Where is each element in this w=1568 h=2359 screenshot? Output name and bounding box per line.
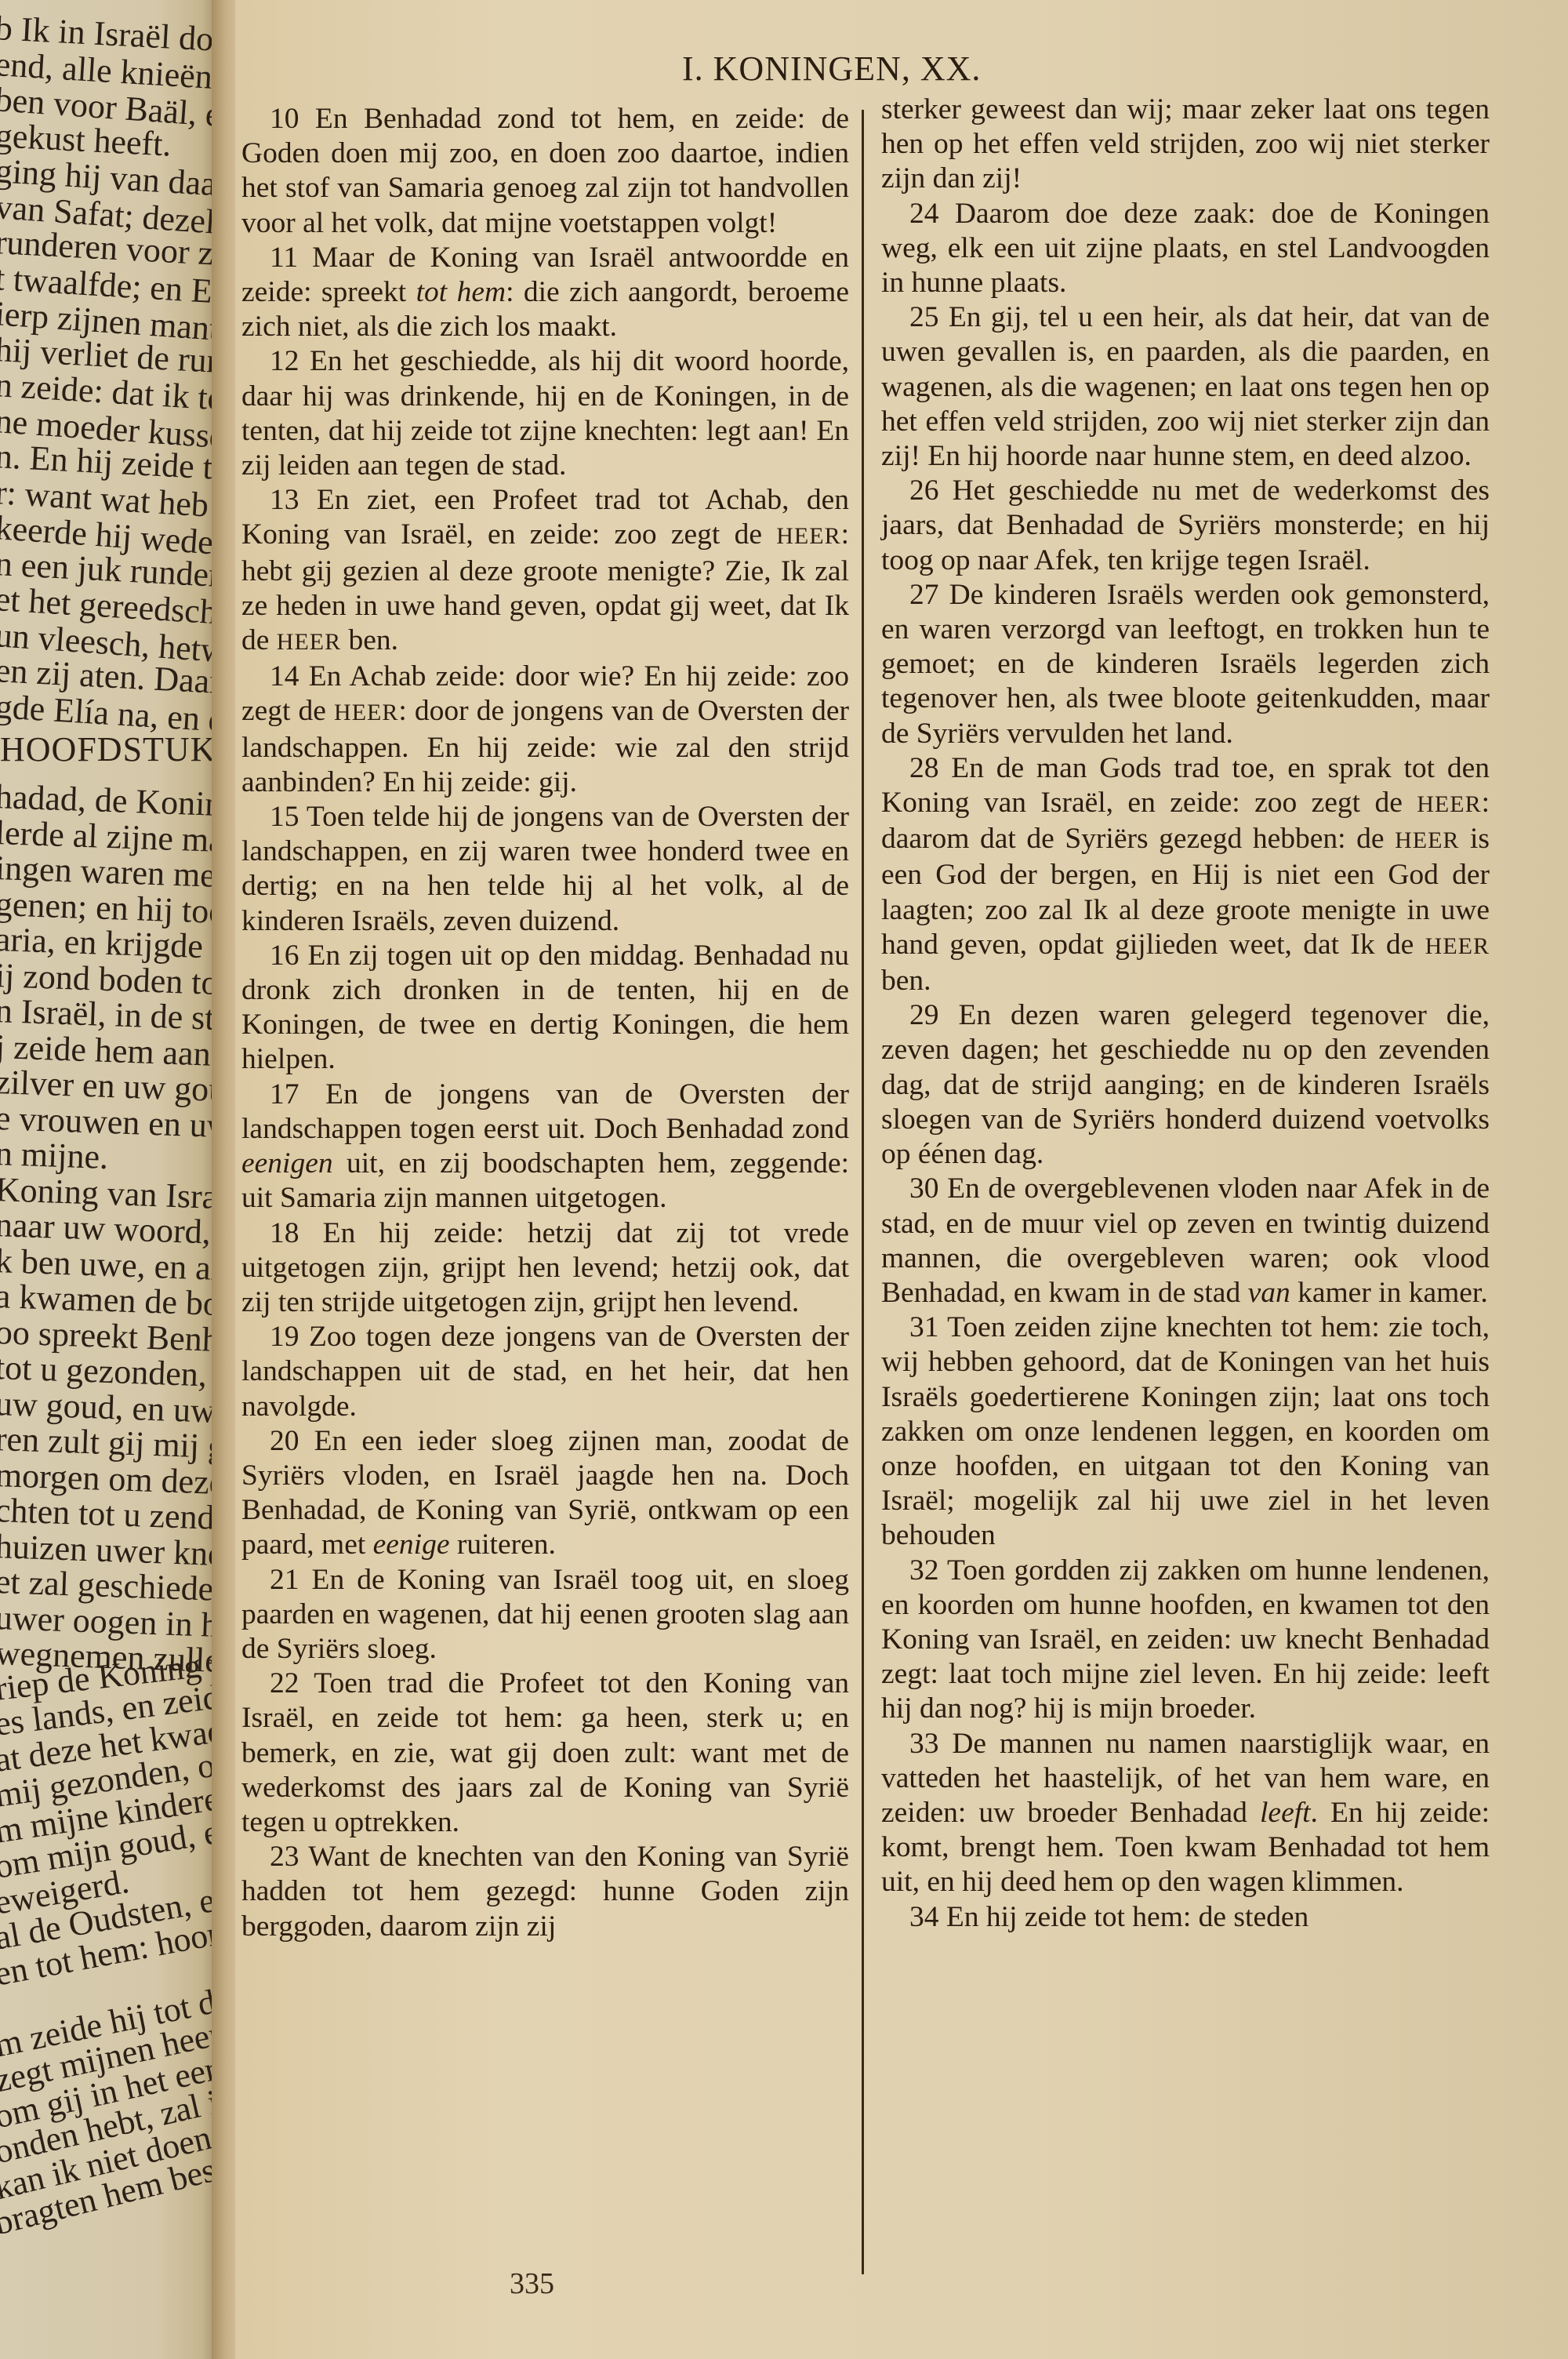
verse-10: 10 En Benhadad zond tot hem, en zeide: d… — [241, 102, 849, 241]
verse-20: 20 En een ieder sloeg zijnen man, zoodat… — [241, 1424, 849, 1563]
facing-chapter-heading: HOOFDSTUK XX. — [0, 729, 223, 769]
verse-28: 28 En de man Gods trad toe, en sprak tot… — [881, 751, 1490, 998]
verse-26: 26 Het geschiedde nu met de wederkomst d… — [881, 474, 1490, 578]
verse-32: 32 Toen gordden zij zakken om hunne lend… — [881, 1554, 1490, 1727]
verse-34: 34 En hij zeide tot hem: de steden — [881, 1900, 1490, 1935]
verse-11: 11 Maar de Koning van Israël antwoordde … — [241, 241, 849, 345]
verse-30: 30 En de overgeblevenen vloden naar Afek… — [881, 1172, 1490, 1310]
verse-16: 16 En zij togen uit op den middag. Benha… — [241, 939, 849, 1078]
running-head: I. KONINGEN, XX. — [682, 49, 981, 89]
verse-13: 13 En ziet, een Profeet trad tot Achab, … — [241, 483, 849, 660]
left-column: 10 En Benhadad zond tot hem, en zeide: d… — [241, 102, 849, 1944]
right-column: sterker geweest dan wij; maar zeker laat… — [881, 93, 1490, 1935]
verse-15: 15 Toen telde hij de jongens van de Over… — [241, 800, 849, 939]
verse-14: 14 En Achab zeide: door wie? En hij zeid… — [241, 660, 849, 800]
verse-29: 29 En dezen waren gelegerd tegenover die… — [881, 998, 1490, 1172]
verse-27: 27 De kinderen Israëls werden ook gemons… — [881, 578, 1490, 751]
verse-18: 18 En hij zeide: hetzij dat zij tot vred… — [241, 1216, 849, 1321]
verse-33: 33 De mannen nu namen naarstiglijk waar,… — [881, 1727, 1490, 1900]
verse-24: 24 Daarom doe deze zaak: doe de Koningen… — [881, 197, 1490, 301]
verse-17: 17 En de jongens van de Oversten der lan… — [241, 1078, 849, 1216]
page-number: 335 — [510, 2266, 554, 2301]
verse-22: 22 Toen trad die Profeet tot den Koning … — [241, 1667, 849, 1840]
column-divider — [862, 110, 864, 2274]
verse-23-continued: sterker geweest dan wij; maar zeker laat… — [881, 93, 1490, 197]
verse-25: 25 En gij, tel u een heir, als dat heir,… — [881, 300, 1490, 474]
verse-31: 31 Toen zeiden zijne knechten tot hem: z… — [881, 1310, 1490, 1553]
verse-21: 21 En de Koning van Israël toog uit, en … — [241, 1563, 849, 1667]
facing-page-edge: b Ik in Israël doenend, alle knieën, die… — [0, 0, 223, 2359]
verse-23: 23 Want de knechten van den Koning van S… — [241, 1840, 849, 1944]
verse-12: 12 En het geschiedde, als hij dit woord … — [241, 344, 849, 483]
verse-19: 19 Zoo togen deze jongens van de Overste… — [241, 1320, 849, 1424]
